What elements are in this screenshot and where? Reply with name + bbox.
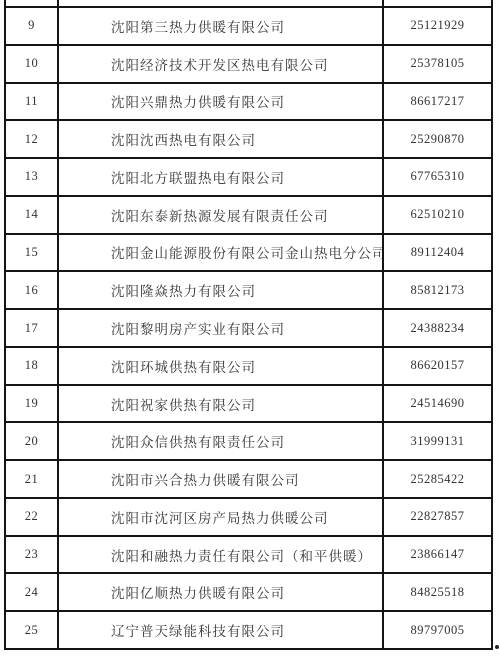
company-name-cell: 沈阳隆焱热力有限公司 <box>59 272 384 308</box>
document-page: 9 沈阳第三热力供暖有限公司 25121929 10 沈阳经济技术开发区热电有限… <box>0 0 500 656</box>
phone-number-cell: 25378105 <box>384 46 491 82</box>
row-number-cell: 23 <box>6 537 59 573</box>
table-row: 13 沈阳北方联盟热电有限公司 67765310 <box>6 159 491 197</box>
phone-number-cell: 86620157 <box>384 348 491 384</box>
company-name-cell: 沈阳经济技术开发区热电有限公司 <box>59 46 384 82</box>
company-name-cell: 沈阳黎明房产实业有限公司 <box>59 310 384 346</box>
row-number-cell: 16 <box>6 272 59 308</box>
company-name-cell: 沈阳祝家供热有限公司 <box>59 386 384 422</box>
table-row: 20 沈阳众信供热有限责任公司 31999131 <box>6 423 491 461</box>
table-row: 15 沈阳金山能源股份有限公司金山热电分公司 89112404 <box>6 235 491 273</box>
company-name-cell: 沈阳北方联盟热电有限公司 <box>59 159 384 195</box>
row-number-cell: 13 <box>6 159 59 195</box>
company-name-cell: 沈阳环城供热有限公司 <box>59 348 384 384</box>
row-number-cell: 11 <box>6 84 59 120</box>
phone-number-cell: 24514690 <box>384 386 491 422</box>
row-number-cell: 19 <box>6 386 59 422</box>
table-row: 24 沈阳亿顺热力供暖有限公司 84825518 <box>6 574 491 612</box>
company-name-cell: 沈阳兴鼎热力供暖有限公司 <box>59 84 384 120</box>
company-name-cell: 沈阳第三热力供暖有限公司 <box>59 8 384 44</box>
table-row: 22 沈阳市沈河区房产局热力供暖公司 22827857 <box>6 499 491 537</box>
row-number-cell: 12 <box>6 121 59 157</box>
table-row: 25 辽宁普天绿能科技有限公司 89797005 <box>6 612 491 648</box>
table-row-partial-top <box>6 0 491 8</box>
phone-number-cell: 67765310 <box>384 159 491 195</box>
company-name-cell: 沈阳亿顺热力供暖有限公司 <box>59 574 384 610</box>
phone-number-cell: 25290870 <box>384 121 491 157</box>
row-number-cell: 14 <box>6 197 59 233</box>
phone-number-cell: 25121929 <box>384 8 491 44</box>
phone-number-cell: 31999131 <box>384 423 491 459</box>
table-row: 23 沈阳和融热力责任有限公司（和平供暖） 23866147 <box>6 537 491 575</box>
company-name-cell <box>59 0 384 6</box>
period-artifact-dot <box>495 645 499 649</box>
company-name-cell: 沈阳东泰新热源发展有限责任公司 <box>59 197 384 233</box>
company-name-cell: 沈阳众信供热有限责任公司 <box>59 423 384 459</box>
phone-number-cell: 85812173 <box>384 272 491 308</box>
phone-number-cell: 89797005 <box>384 612 491 648</box>
table-row: 16 沈阳隆焱热力有限公司 85812173 <box>6 272 491 310</box>
table-row: 18 沈阳环城供热有限公司 86620157 <box>6 348 491 386</box>
company-name-cell: 沈阳市兴合热力供暖有限公司 <box>59 461 384 497</box>
company-name-cell: 沈阳和融热力责任有限公司（和平供暖） <box>59 537 384 573</box>
row-number-cell: 18 <box>6 348 59 384</box>
company-name-cell: 沈阳市沈河区房产局热力供暖公司 <box>59 499 384 535</box>
phone-number-cell: 23866147 <box>384 537 491 573</box>
phone-number-cell: 25285422 <box>384 461 491 497</box>
row-number-cell: 24 <box>6 574 59 610</box>
table-row: 10 沈阳经济技术开发区热电有限公司 25378105 <box>6 46 491 84</box>
table-row: 11 沈阳兴鼎热力供暖有限公司 86617217 <box>6 84 491 122</box>
company-name-cell: 沈阳金山能源股份有限公司金山热电分公司 <box>59 235 384 271</box>
row-number-cell: 15 <box>6 235 59 271</box>
row-number-cell: 10 <box>6 46 59 82</box>
phone-number-cell <box>384 0 491 6</box>
row-number-cell: 21 <box>6 461 59 497</box>
table-row: 14 沈阳东泰新热源发展有限责任公司 62510210 <box>6 197 491 235</box>
row-number-cell: 20 <box>6 423 59 459</box>
phone-number-cell: 22827857 <box>384 499 491 535</box>
company-name-cell: 沈阳沈西热电有限公司 <box>59 121 384 157</box>
row-number-cell: 17 <box>6 310 59 346</box>
phone-number-cell: 86617217 <box>384 84 491 120</box>
row-number-cell: 25 <box>6 612 59 648</box>
row-number-cell: 22 <box>6 499 59 535</box>
table-row: 9 沈阳第三热力供暖有限公司 25121929 <box>6 8 491 46</box>
heating-companies-table: 9 沈阳第三热力供暖有限公司 25121929 10 沈阳经济技术开发区热电有限… <box>4 0 493 650</box>
table-row: 19 沈阳祝家供热有限公司 24514690 <box>6 386 491 424</box>
phone-number-cell: 62510210 <box>384 197 491 233</box>
row-number-cell: 9 <box>6 8 59 44</box>
company-name-cell: 辽宁普天绿能科技有限公司 <box>59 612 384 648</box>
phone-number-cell: 89112404 <box>384 235 491 271</box>
table-row: 12 沈阳沈西热电有限公司 25290870 <box>6 121 491 159</box>
table-row: 17 沈阳黎明房产实业有限公司 24388234 <box>6 310 491 348</box>
row-number-cell <box>6 0 59 6</box>
phone-number-cell: 24388234 <box>384 310 491 346</box>
phone-number-cell: 84825518 <box>384 574 491 610</box>
table-row: 21 沈阳市兴合热力供暖有限公司 25285422 <box>6 461 491 499</box>
